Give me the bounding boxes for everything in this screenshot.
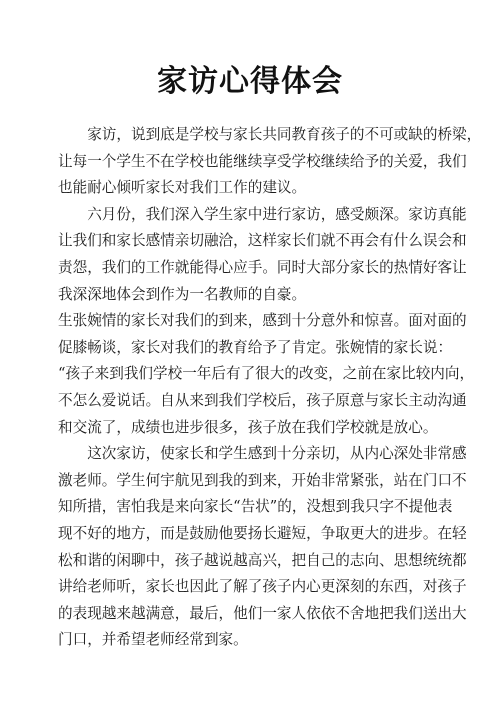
text-line: 六月份，我们深入学生家中进行家访，感受颇深。家访真能	[58, 202, 450, 229]
text-line: “孩子来到我们学校一年后有了很大的改变，之前在家比较内向，	[58, 361, 450, 388]
text-line: 讲给老师听，家长也因此了解了孩子内心更深刻的东西，对孩子	[58, 574, 450, 601]
text-line: 松和谐的闲聊中，孩子越说越高兴，把自己的志向、思想统统都	[58, 548, 450, 575]
text-line: 责怨，我们的工作就能得心应手。同时大部分家长的热情好客让	[58, 255, 450, 282]
text-line: 这次家访，使家长和学生感到十分亲切，从内心深处非常感	[58, 441, 450, 468]
text-line: 激老师。学生何宇航见到我的到来，开始非常紧张，站在门口不	[58, 468, 450, 495]
text-line: 门口，并希望老师经常到家。	[58, 627, 450, 654]
text-line: 家访，说到底是学校与家长共同教育孩子的不可或缺的桥梁，	[58, 122, 450, 149]
text-line: 促膝畅谈，家长对我们的教育给予了肯定。张婉情的家长说：	[58, 335, 450, 362]
text-line: 的表现越来越满意，最后，他们一家人依依不舍地把我们送出大	[58, 601, 450, 628]
text-line: 不怎么爱说话。自从来到我们学校后，孩子原意与家长主动沟通	[58, 388, 450, 415]
text-line: 我深深地体会到作为一名教师的自豪。	[58, 282, 450, 309]
document-body: 家访，说到底是学校与家长共同教育孩子的不可或缺的桥梁， 让每一个学生不在学校也能…	[58, 122, 450, 654]
document-page: 家访心得体会 家访，说到底是学校与家长共同教育孩子的不可或缺的桥梁， 让每一个学…	[0, 0, 500, 708]
text-line: 也能耐心倾听家长对我们工作的建议。	[58, 175, 450, 202]
text-line: 生张婉情的家长对我们的到来，感到十分意外和惊喜。面对面的	[58, 308, 450, 335]
text-line: 让我们和家长感情亲切融洽，这样家长们就不再会有什么误会和	[58, 228, 450, 255]
text-line: 现不好的地方，而是鼓励他要扬长避短，争取更大的进步。在轻	[58, 521, 450, 548]
text-line: 和交流了，成绩也进步很多，孩子放在我们学校就是放心。	[58, 415, 450, 442]
document-title: 家访心得体会	[0, 62, 500, 102]
text-line: 让每一个学生不在学校也能继续享受学校继续给予的关爱，我们	[58, 149, 450, 176]
text-line: 知所措，害怕我是来向家长“告状”的，没想到我只字不提他表	[58, 494, 450, 521]
